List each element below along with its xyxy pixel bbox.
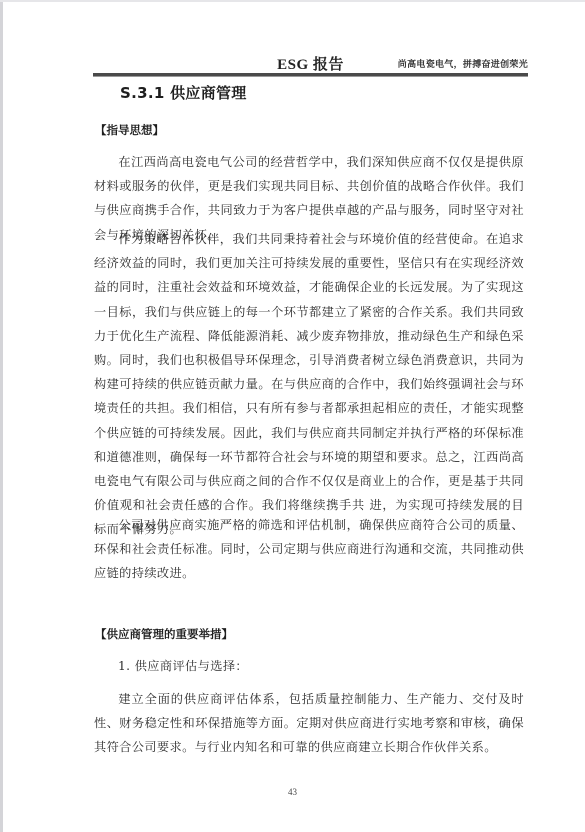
key-measures-heading: 【供应商管理的重要举措】 (95, 626, 233, 642)
paragraph-2: 作为策略合作伙伴，我们共同秉持着社会与环境价值的经营使命。在追求经济效益的同时，… (94, 227, 524, 542)
page-edge-left (0, 0, 3, 832)
guiding-thought-heading: 【指导思想】 (95, 122, 164, 138)
section-title: S.3.1 供应商管理 (120, 82, 247, 103)
page-number: 43 (0, 787, 585, 797)
page-edge-top (0, 0, 585, 2)
paragraph-3: 公司对供应商实施严格的筛选和评估机制，确保供应商符合公司的质量、环保和社会责任标… (94, 513, 524, 586)
page-header: ESG 报告 尚高电瓷电气，拼搏奋进创荣光 (93, 50, 528, 72)
company-slogan: 尚高电瓷电气，拼搏奋进创荣光 (398, 57, 528, 70)
measure-item-text: 建立全面的供应商评估体系，包括质量控制能力、生产能力、交付及时性、财务稳定性和环… (94, 687, 524, 760)
measure-item-label: 1. 供应商评估与选择： (118, 657, 248, 674)
header-divider (93, 73, 528, 77)
